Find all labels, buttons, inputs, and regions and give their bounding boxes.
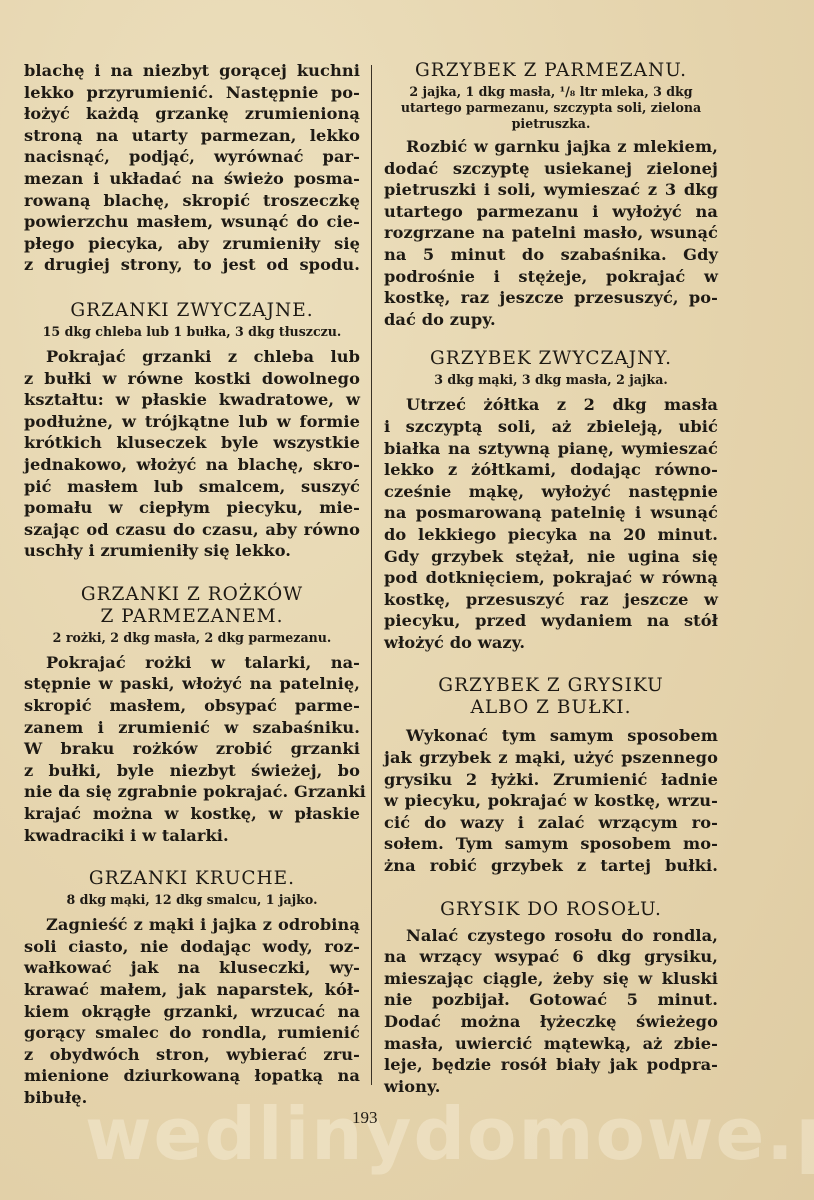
book-page: blachę i na niezbyt gorącej kuchni lekko… <box>0 0 814 1200</box>
recipe-title-line: Z PARMEZANEM. <box>24 606 360 628</box>
recipe-grzanki-kruche: GRZANKI KRUCHE. 8 dkg mąki, 12 dkg smalc… <box>24 868 360 1108</box>
text-line: na wrzący wsypać 6 dkg grysiku, <box>384 946 718 968</box>
page-number: 193 <box>352 1108 378 1128</box>
recipe-grzanki-z-rozkow: GRZANKI Z ROŻKÓW Z PARMEZANEM. 2 rożki, … <box>24 584 360 846</box>
text-line: włożyć do wazy. <box>384 632 718 654</box>
text-line: krajać można w kostkę, w płaskie <box>24 803 360 825</box>
recipe-instructions: Utrzeć żółtka z 2 dkg masła i szczyptą s… <box>384 394 718 653</box>
text-line: grysiku 2 łyżki. Zrumienić ładnie <box>384 769 718 791</box>
text-line: krawać małem, jak naparstek, kół- <box>24 979 360 1001</box>
text-line: lekko przyrumienić. Następnie po- <box>24 82 360 104</box>
text-line: nie da się zgrabnie pokrajać. Grzanki <box>24 781 360 803</box>
text-line: Dodać można łyżeczkę świeżego <box>384 1011 718 1033</box>
text-line: lekko z żółtkami, dodając równo- <box>384 459 718 481</box>
recipe-title: GRZYBEK ZWYCZAJNY. <box>384 348 718 370</box>
text-line: Nalać czystego rosołu do rondla, <box>384 925 718 947</box>
text-line: W braku rożków zrobić grzanki <box>24 738 360 760</box>
text-line: nacisnąć, podjąć, wyrównać par- <box>24 146 360 168</box>
text-line: mieszając ciągle, żeby się w kluski <box>384 968 718 990</box>
recipe-ingredients: 15 dkg chleba lub 1 bułka, 3 dkg tłuszcz… <box>24 324 360 340</box>
text-line: gorący smalec do rondla, rumienić <box>24 1022 360 1044</box>
text-line: z obydwóch stron, wybierać zru- <box>24 1044 360 1066</box>
right-column: GRZYBEK Z PARMEZANU. 2 jajka, 1 dkg masł… <box>384 60 718 1097</box>
text-line: do lekkiego piecyka na 20 minut. <box>384 524 718 546</box>
text-line: jak grzybek z mąki, użyć pszennego <box>384 747 718 769</box>
text-line: kwadraciki i w talarki. <box>24 825 360 847</box>
recipe-instructions: Pokrajać grzanki z chleba lub z bułki w … <box>24 346 360 562</box>
recipe-ingredients: 3 dkg mąki, 3 dkg masła, 2 jajka. <box>384 372 718 388</box>
text-line: pietruszki i soli, wymieszać z 3 dkg <box>384 179 718 201</box>
ingredients-line: pietruszka. <box>384 116 718 132</box>
text-line: Pokrajać grzanki z chleba lub <box>24 346 360 368</box>
text-line: Zagnieść z mąki i jajka z odrobiną <box>24 914 360 936</box>
text-line: kostkę, raz jeszcze przesuszyć, po- <box>384 287 718 309</box>
recipe-grzybek-zwyczajny: GRZYBEK ZWYCZAJNY. 3 dkg mąki, 3 dkg mas… <box>384 348 718 653</box>
text-line: soli ciasto, nie dodając wody, roz- <box>24 936 360 958</box>
recipe-instructions: Zagnieść z mąki i jajka z odrobiną soli … <box>24 914 360 1108</box>
recipe-grzanki-zwyczajne: GRZANKI ZWYCZAJNE. 15 dkg chleba lub 1 b… <box>24 300 360 562</box>
text-line: w piecyku, pokrajać w kostkę, wrzu- <box>384 790 718 812</box>
text-line: masła, uwiercić mątewką, aż zbie- <box>384 1033 718 1055</box>
text-line: z bułki w równe kostki dowolnego <box>24 368 360 390</box>
text-line: uschły i zrumieniły się lekko. <box>24 540 360 562</box>
recipe-title-line: GRZYBEK Z GRYSIKU <box>384 675 718 697</box>
recipe-instructions: Rozbić w garnku jajka z mlekiem, dodać s… <box>384 136 718 330</box>
text-line: kostkę, przesuszyć raz jeszcze w <box>384 589 718 611</box>
recipe-ingredients: 2 jajka, 1 dkg masła, ¹/₈ ltr mleka, 3 d… <box>384 84 718 132</box>
ingredients-line: 2 jajka, 1 dkg masła, ¹/₈ ltr mleka, 3 d… <box>384 84 718 100</box>
text-line: Utrzeć żółtka z 2 dkg masła <box>384 394 718 416</box>
text-line: jednakowo, włożyć na blachę, skro- <box>24 454 360 476</box>
text-line: bibułę. <box>24 1087 360 1109</box>
recipe-instructions: Nalać czystego rosołu do rondla, na wrzą… <box>384 925 718 1098</box>
recipe-title-line: ALBO Z BUŁKI. <box>384 697 718 719</box>
text-line: Pokrajać rożki w talarki, na- <box>24 652 360 674</box>
text-line: rozgrzane na patelni masło, wsunąć <box>384 222 718 244</box>
text-line: krótkich kluseczek byle wszystkie <box>24 432 360 454</box>
text-line: nie pozbijał. Gotować 5 minut. <box>384 989 718 1011</box>
text-line: szając od czasu do czasu, aby równo <box>24 519 360 541</box>
recipe-instructions: Wykonać tym samym sposobem jak grzybek z… <box>384 725 718 876</box>
recipe-title: GRYSIK DO ROSOŁU. <box>384 899 718 921</box>
text-line: zanem i zrumienić w szabaśniku. <box>24 717 360 739</box>
text-line: blachę i na niezbyt gorącej kuchni <box>24 60 360 82</box>
text-line: leje, będzie rosół biały jak podpra- <box>384 1054 718 1076</box>
continuation-paragraph: blachę i na niezbyt gorącej kuchni lekko… <box>24 60 360 276</box>
text-line: pić masłem lub smalcem, suszyć <box>24 476 360 498</box>
recipe-ingredients: 2 rożki, 2 dkg masła, 2 dkg parmezanu. <box>24 630 360 646</box>
text-line: dodać szczyptę usiekanej zielonej <box>384 158 718 180</box>
text-line: z bułki, byle niezbyt świeżej, bo <box>24 760 360 782</box>
recipe-grzybek-z-grysiku: GRZYBEK Z GRYSIKU ALBO Z BUŁKI. Wykonać … <box>384 675 718 876</box>
text-line: mienione dziurkowaną łopatką na <box>24 1065 360 1087</box>
text-line: cić do wazy i zalać wrzącym ro- <box>384 812 718 834</box>
text-line: mezan i układać na świeżo posma- <box>24 168 360 190</box>
text-line: powierzchu masłem, wsunąć do cie- <box>24 211 360 233</box>
recipe-grzybek-z-parmezanu: GRZYBEK Z PARMEZANU. 2 jajka, 1 dkg masł… <box>384 60 718 330</box>
ingredients-line: utartego parmezanu, szczypta soli, zielo… <box>384 100 718 116</box>
recipe-ingredients: 8 dkg mąki, 12 dkg smalcu, 1 jajko. <box>24 892 360 908</box>
text-line: rowaną blachę, skropić troszeczkę <box>24 190 360 212</box>
text-line: skropić masłem, obsypać parme- <box>24 695 360 717</box>
text-line: wiony. <box>384 1076 718 1098</box>
text-line: żna robić grzybek z tartej bułki. <box>384 855 718 877</box>
text-line: płego piecyka, aby zrumieniły się <box>24 233 360 255</box>
text-line: Rozbić w garnku jajka z mlekiem, <box>384 136 718 158</box>
text-line: stępnie w paski, włożyć na patelnię, <box>24 673 360 695</box>
left-column: blachę i na niezbyt gorącej kuchni lekko… <box>24 60 360 1109</box>
recipe-title-line: GRZANKI Z ROŻKÓW <box>24 584 360 606</box>
text-line: kiem okrągłe grzanki, wrzucać na <box>24 1001 360 1023</box>
text-line: Wykonać tym samym sposobem <box>384 725 718 747</box>
recipe-title: GRZYBEK Z PARMEZANU. <box>384 60 718 82</box>
text-line: Gdy grzybek stężał, nie ugina się <box>384 546 718 568</box>
column-divider <box>371 65 372 1085</box>
text-line: z drugiej strony, to jest od spodu. <box>24 254 360 276</box>
text-line: kształtu: w płaskie kwadratowe, w <box>24 389 360 411</box>
text-line: wałkować jak na kluseczki, wy- <box>24 957 360 979</box>
text-line: podrośnie i stężeje, pokrajać w <box>384 266 718 288</box>
text-line: białka na sztywną pianę, wymieszać <box>384 438 718 460</box>
text-line: pomału w ciepłym piecyku, mie- <box>24 497 360 519</box>
recipe-title: GRZANKI ZWYCZAJNE. <box>24 300 360 322</box>
text-line: utartego parmezanu i wyłożyć na <box>384 201 718 223</box>
text-line: piecyku, przed wydaniem na stół <box>384 610 718 632</box>
text-line: pod dotknięciem, pokrajać w równą <box>384 567 718 589</box>
recipe-grysik-do-rosolu: GRYSIK DO ROSOŁU. Nalać czystego rosołu … <box>384 899 718 1098</box>
text-line: łożyć każdą grzankę zrumienioną <box>24 103 360 125</box>
text-line: stroną na utarty parmezan, lekko <box>24 125 360 147</box>
text-line: podłużne, w trójkątne lub w formie <box>24 411 360 433</box>
text-line: na 5 minut do szabaśnika. Gdy <box>384 244 718 266</box>
text-line: i szczyptą soli, aż zbieleją, ubić <box>384 416 718 438</box>
text-line: na posmarowaną patelnię i wsunąć <box>384 502 718 524</box>
paragraph: blachę i na niezbyt gorącej kuchni lekko… <box>24 60 360 276</box>
text-line: sołem. Tym samym sposobem mo- <box>384 833 718 855</box>
recipe-title: GRZANKI KRUCHE. <box>24 868 360 890</box>
text-line: dać do zupy. <box>384 309 718 331</box>
text-line: cześnie mąkę, wyłożyć następnie <box>384 481 718 503</box>
recipe-instructions: Pokrajać rożki w talarki, na- stępnie w … <box>24 652 360 846</box>
